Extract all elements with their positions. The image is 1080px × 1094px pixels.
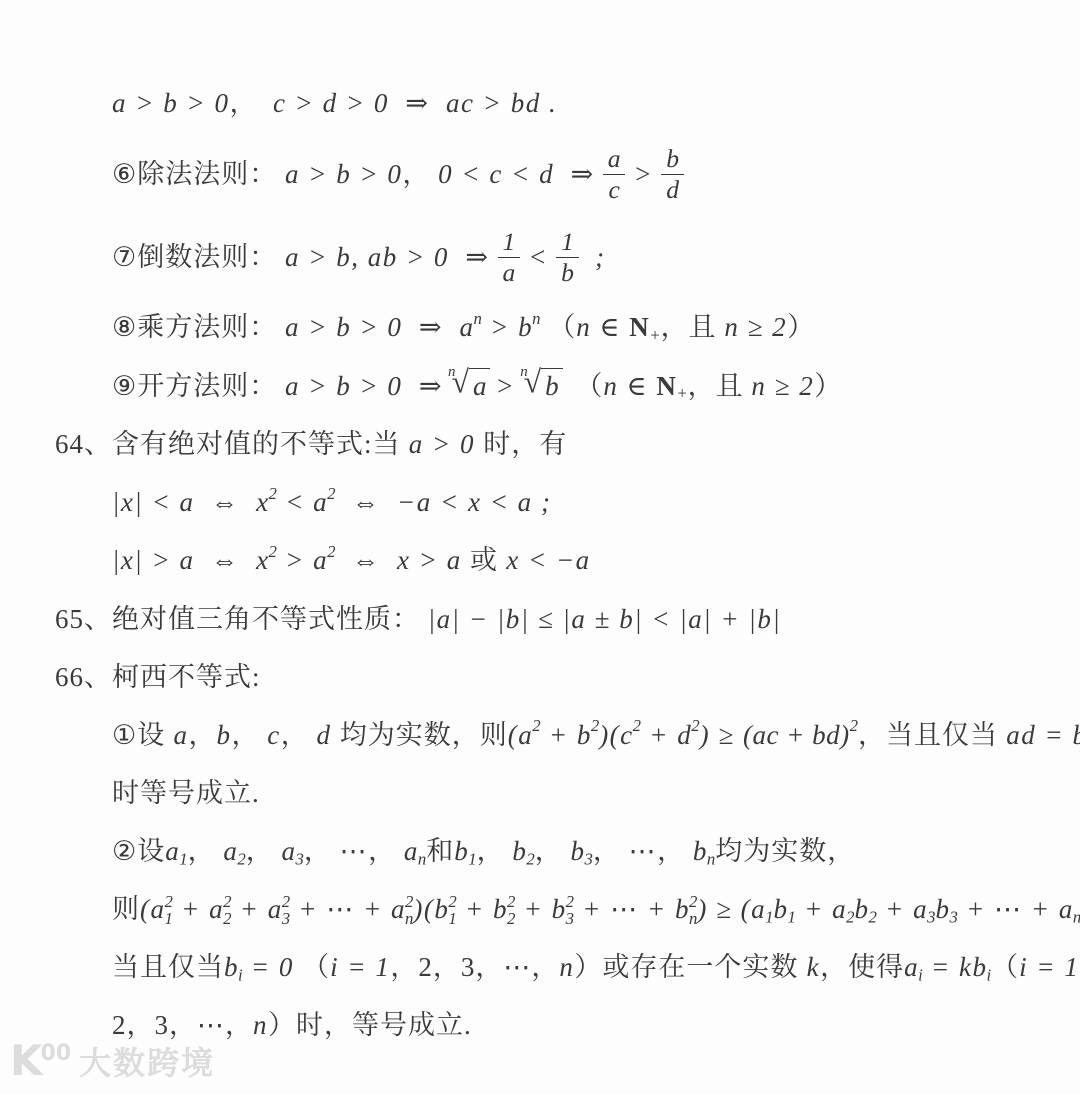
math-segment: i = 1 <box>330 950 390 985</box>
math-base: a <box>165 834 179 869</box>
subscript: + <box>676 383 687 405</box>
sup-sub-stack: 23 <box>282 894 290 927</box>
subscript: 3 <box>584 848 592 870</box>
subscript: 3 <box>927 906 935 928</box>
fraction-numerator: b <box>661 144 684 174</box>
subscript: 1 <box>448 910 456 927</box>
subscript: 2 <box>507 910 515 927</box>
subscript: 2 <box>237 848 245 870</box>
math-base: b <box>972 950 986 985</box>
text-segment: ②设 <box>112 834 165 869</box>
fraction-denominator: d <box>661 174 684 205</box>
cauchy-two-dim: ①设 a，b， c， d 均为实数，则(a2 + b2)(c2 + d2) ≥ … <box>0 718 1080 753</box>
superscript: n <box>532 308 540 330</box>
text-segment: 2，3，⋯， <box>112 1008 253 1043</box>
text-segment: 时等号成立. <box>112 776 260 811</box>
math-base: d <box>677 718 691 753</box>
math-segment: ⇔ x > a <box>336 543 470 578</box>
text-segment: ， <box>477 834 513 869</box>
cauchy-two-dim-continued: 时等号成立. <box>0 776 1080 811</box>
text-segment: （ <box>568 369 604 404</box>
text-segment: ）或存在一个实数 <box>574 950 798 985</box>
math-base: b <box>512 834 526 869</box>
math-segment: n <box>559 950 574 985</box>
text-segment: （ <box>991 950 1019 985</box>
math-base: a <box>460 310 474 345</box>
math-segment: a > b > 0 ⇒ <box>285 310 460 345</box>
math-base: b <box>774 892 788 927</box>
math-base: a <box>313 543 327 578</box>
math-segment: |a| − |b| ≤ |a ± b| < |a| + |b| <box>428 602 782 637</box>
math-base: a <box>151 892 165 927</box>
subscript: n <box>418 848 426 870</box>
math-segment: + <box>641 718 677 753</box>
equality-condition-continued: 2，3，⋯，n）时，等号成立. <box>0 1008 1080 1043</box>
math-base: a <box>223 834 237 869</box>
radicand: a <box>469 368 491 404</box>
math-base: a <box>268 892 282 927</box>
fraction-denominator: c <box>603 174 624 205</box>
rule-7-reciprocal: ⑦倒数法则： a > b, ab > 0 ⇒1a<1b ; <box>0 227 1080 287</box>
subscript: 2 <box>846 906 854 928</box>
math-segment: + ⋯ + <box>958 892 1059 927</box>
subscript: n <box>405 910 413 927</box>
text-segment: ，2，3，⋯， <box>390 950 559 985</box>
math-base: a <box>209 892 223 927</box>
text-segment: ， <box>229 86 273 121</box>
text-segment: ， <box>231 718 267 753</box>
math-segment: + ⋯ + <box>574 892 675 927</box>
math-segment: > <box>482 310 518 345</box>
math-segment: |x| > a ⇔ <box>112 543 256 578</box>
math-base: b <box>434 892 448 927</box>
math-segment: > <box>495 369 515 404</box>
text-segment: ， <box>535 834 571 869</box>
math-base: b <box>675 892 689 927</box>
text-segment: ，使得 <box>820 950 904 985</box>
fraction-numerator: a <box>603 144 626 174</box>
text-segment: 和 <box>426 834 454 869</box>
math-base: b <box>224 950 238 985</box>
radical-sign-icon: √ <box>451 367 469 399</box>
math-segment: + <box>231 892 267 927</box>
math-segment: n ∈ <box>603 369 656 404</box>
subscript: 1 <box>165 910 173 927</box>
text-segment: ， <box>188 834 224 869</box>
sup-sub-stack: 2n <box>405 894 413 927</box>
text-segment: （ <box>302 950 330 985</box>
text-segment: ， <box>593 834 629 869</box>
math-segment: a > 0 <box>401 427 484 462</box>
math-base: b <box>552 892 566 927</box>
math-segment: d <box>316 718 339 753</box>
fraction-numerator: 1 <box>498 227 521 257</box>
text-segment: 均为实数，则 <box>340 718 508 753</box>
superscript: 2 <box>269 541 277 563</box>
math-base: a <box>313 485 327 520</box>
math-segment: a > b > 0 <box>285 157 402 192</box>
fraction-numerator: 1 <box>556 227 579 257</box>
superscript: 2 <box>850 715 858 737</box>
text-segment: ， <box>657 834 693 869</box>
item-65-triangle-inequality: 65、绝对值三角不等式性质： |a| − |b| ≤ |a ± b| < |a|… <box>0 602 1080 637</box>
subscript: i <box>986 964 991 986</box>
math-segment: + ⋯ + <box>290 892 391 927</box>
math-segment: n ≥ 2 <box>751 369 814 404</box>
subscript: i <box>918 964 923 986</box>
superscript: 2 <box>327 483 335 505</box>
math-segment: i = 1 <box>1019 950 1079 985</box>
fraction: bd <box>661 144 684 204</box>
radical-sign-icon: √ <box>524 367 542 399</box>
math-segment: )( <box>413 892 434 927</box>
math-segment: c <box>267 718 280 753</box>
math-segment: = k <box>923 950 973 985</box>
text-segment: ⑧乘方法则： <box>112 310 285 345</box>
math-base: a <box>391 892 405 927</box>
text-segment: 64、含有绝对值的不等式:当 <box>55 427 401 462</box>
math-segment: ⇔ −a < x < a <box>336 485 533 520</box>
text-segment: 时，有 <box>483 427 567 462</box>
subscript: 2 <box>223 910 231 927</box>
text-segment: ⑥除法法则： <box>112 157 285 192</box>
document-content: a > b > 0， c > d > 0 ⇒ ac > bd .⑥除法法则： a… <box>0 86 1080 1066</box>
subscript: 2 <box>526 848 534 870</box>
math-base: c <box>620 718 632 753</box>
subscript: 1 <box>179 848 187 870</box>
math-base: x <box>256 543 268 578</box>
math-segment: b <box>216 718 231 753</box>
math-segment: + <box>796 892 832 927</box>
subscript: 1 <box>788 906 796 928</box>
fraction: 1a <box>498 227 521 287</box>
math-base: b <box>493 892 507 927</box>
text-segment: 66、柯西不等式: <box>55 660 261 695</box>
math-segment: ; <box>587 240 606 275</box>
abs-greater-than: |x| > a ⇔ x2 > a2 ⇔ x > a 或 x < −a <box>0 543 1080 578</box>
text-segment: ， <box>188 718 216 753</box>
math-base: b <box>693 834 707 869</box>
nth-root: n√b <box>520 368 562 404</box>
math-segment: a > b > 0 <box>112 86 229 121</box>
math-base: a <box>913 892 927 927</box>
sup-sub-stack: 21 <box>165 894 173 927</box>
subscript: + <box>649 324 660 346</box>
math-base: b <box>518 310 532 345</box>
math-segment: a > b, ab > 0 ⇒ <box>285 240 490 275</box>
text-segment: ）时，等号成立. <box>268 1008 472 1043</box>
math-segment: n ∈ <box>576 310 629 345</box>
math-segment: )( <box>599 718 620 753</box>
cauchy-n-dim-setup: ②设a1， a2， a3， ⋯， an和b1， b2， b3， ⋯， bn均为实… <box>0 834 1080 869</box>
text-segment: ⑨开方法则： <box>112 369 285 404</box>
subscript: 3 <box>295 848 303 870</box>
math-segment: k <box>798 950 820 985</box>
item-64-absolute-value-inequality: 64、含有绝对值的不等式:当 a > 0 时，有 <box>0 427 1080 462</box>
math-base: b <box>454 834 468 869</box>
subscript: 1 <box>468 848 476 870</box>
math-segment: < <box>277 485 313 520</box>
subscript: n <box>707 848 715 870</box>
text-segment: （ <box>541 310 577 345</box>
math-base: x <box>256 485 268 520</box>
fraction-denominator: b <box>556 257 579 288</box>
text-segment: ， <box>246 834 282 869</box>
text-segment: ，且 <box>661 310 725 345</box>
math-base: b <box>935 892 949 927</box>
math-segment: a <box>165 718 188 753</box>
math-segment: < <box>528 240 548 275</box>
sup-sub-stack: 23 <box>566 894 574 927</box>
math-segment: ; <box>533 485 552 520</box>
math-base: a <box>281 834 295 869</box>
radicand: b <box>541 368 563 404</box>
text-segment: ， <box>368 834 404 869</box>
fraction: ac <box>603 144 626 204</box>
text-segment: ，当且仅当 <box>858 718 998 753</box>
text-segment: ， <box>281 718 317 753</box>
item-66-cauchy-inequality: 66、柯西不等式: <box>0 660 1080 695</box>
math-base: N <box>629 310 649 345</box>
math-base: b <box>855 892 869 927</box>
math-base: a <box>1059 892 1073 927</box>
math-segment: > <box>634 157 654 192</box>
multiplication-rule-result: a > b > 0， c > d > 0 ⇒ ac > bd . <box>0 86 1080 121</box>
superscript: 2 <box>691 715 699 737</box>
page: a > b > 0， c > d > 0 ⇒ ac > bd .⑥除法法则： a… <box>0 0 1080 1094</box>
subscript: 1 <box>765 906 773 928</box>
math-segment: ad = bc <box>998 718 1080 753</box>
math-segment: > <box>277 543 313 578</box>
text-segment: ⑦倒数法则： <box>112 240 285 275</box>
sup-sub-stack: 21 <box>448 894 456 927</box>
subscript: n <box>1073 906 1080 928</box>
math-segment: n <box>253 1008 268 1043</box>
math-segment: ( <box>508 718 519 753</box>
math-base: a <box>832 892 846 927</box>
rule-9-root: ⑨开方法则： a > b > 0 ⇒n√a>n√b （n ∈ N+，且 n ≥ … <box>0 368 1080 404</box>
text-segment: ， <box>304 834 340 869</box>
sup-sub-stack: 22 <box>223 894 231 927</box>
abs-less-than: |x| < a ⇔ x2 < a2 ⇔ −a < x < a ; <box>0 485 1080 520</box>
subscript: 3 <box>949 906 957 928</box>
superscript: 2 <box>269 483 277 505</box>
math-base: (ac + bd) <box>743 718 850 753</box>
math-segment: x < −a <box>498 543 591 578</box>
subscript: n <box>689 910 697 927</box>
math-segment: ( <box>140 892 151 927</box>
math-segment: ) ≥ ( <box>697 892 751 927</box>
math-segment: c > d > 0 ⇒ ac > bd . <box>273 86 557 121</box>
subscript: i <box>238 964 243 986</box>
math-base: b <box>570 834 584 869</box>
math-segment: ⋯ <box>629 834 658 869</box>
text-segment: ， <box>402 157 438 192</box>
superscript: 2 <box>327 541 335 563</box>
math-base: a <box>751 892 765 927</box>
math-segment: + <box>457 892 493 927</box>
sup-sub-stack: 2n <box>689 894 697 927</box>
text-segment: 则 <box>112 892 140 927</box>
math-segment: + <box>541 718 577 753</box>
math-segment: a > b > 0 ⇒ <box>285 369 443 404</box>
math-base: N <box>656 369 676 404</box>
math-segment: = 0 <box>243 950 302 985</box>
equality-condition: 当且仅当bi = 0 （i = 1，2，3，⋯，n）或存在一个实数 k，使得ai… <box>0 950 1080 985</box>
superscript: 2 <box>633 715 641 737</box>
cauchy-n-dim-inequality: 则(a21 + a22 + a23 + ⋯ + a2n)(b21 + b22 +… <box>0 892 1080 927</box>
math-base: a <box>904 950 918 985</box>
text-segment: ①设 <box>112 718 165 753</box>
rule-6-division: ⑥除法法则： a > b > 0， 0 < c < d ⇒ac>bd <box>0 144 1080 204</box>
math-segment: |x| < a ⇔ <box>112 485 256 520</box>
text-segment: 均为实数， <box>715 834 855 869</box>
math-segment: n ≥ 2 <box>724 310 787 345</box>
nth-root: n√a <box>448 368 490 404</box>
sup-sub-stack: 22 <box>507 894 515 927</box>
fraction: 1b <box>556 227 579 287</box>
math-base: b <box>577 718 591 753</box>
math-segment: ⋯ <box>340 834 369 869</box>
math-segment: 0 < c < d ⇒ <box>438 157 595 192</box>
text-segment: ） <box>814 369 842 404</box>
fraction-denominator: a <box>498 257 521 288</box>
rule-8-power: ⑧乘方法则： a > b > 0 ⇒ an > bn （n ∈ N+，且 n ≥… <box>0 310 1080 345</box>
math-base: a <box>404 834 418 869</box>
subscript: 3 <box>282 910 290 927</box>
text-segment: ） <box>787 310 815 345</box>
superscript: 2 <box>532 715 540 737</box>
text-segment: 或 <box>470 543 498 578</box>
text-segment: 当且仅当 <box>112 950 224 985</box>
math-segment: + <box>877 892 913 927</box>
math-segment: + <box>515 892 551 927</box>
superscript: 2 <box>591 715 599 737</box>
math-base: a <box>518 718 532 753</box>
text-segment: 65、绝对值三角不等式性质： <box>55 602 428 637</box>
superscript: n <box>474 308 482 330</box>
subscript: 3 <box>566 910 574 927</box>
subscript: 2 <box>869 906 877 928</box>
math-segment: ) ≥ <box>700 718 743 753</box>
math-segment: + <box>173 892 209 927</box>
text-segment: ，且 <box>688 369 752 404</box>
